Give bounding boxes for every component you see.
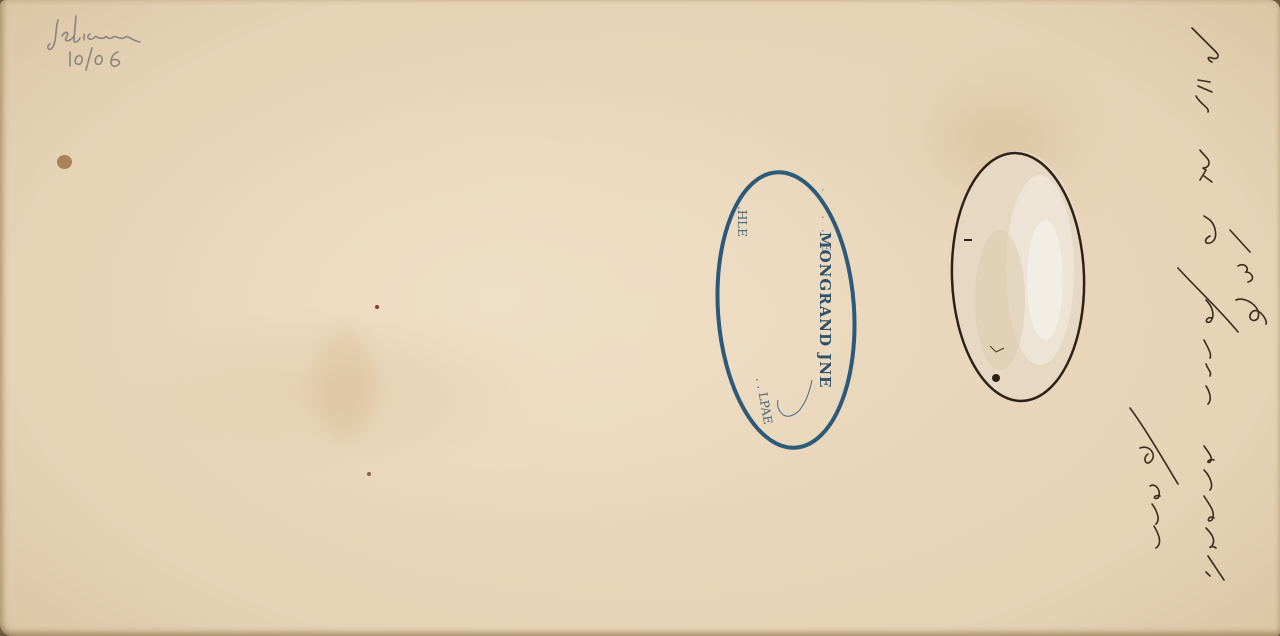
ink-layer: MONGRAND JNE . . . . E .HLE . . LPAE	[0, 0, 1280, 636]
pencil-note	[48, 16, 140, 70]
handwritten-caption	[1130, 28, 1266, 580]
card-back: MONGRAND JNE . . . . E .HLE . . LPAE	[0, 0, 1280, 636]
svg-text:. . . . E: . . . . E	[819, 188, 833, 254]
brown-oval	[948, 151, 1089, 403]
svg-text:MONGRAND JNE: MONGRAND JNE	[816, 232, 834, 388]
svg-text:. . LPAE: . . LPAE	[753, 376, 775, 425]
svg-text:.HLE: .HLE	[735, 206, 749, 237]
blue-stamp: MONGRAND JNE . . . . E .HLE . . LPAE	[709, 168, 864, 453]
